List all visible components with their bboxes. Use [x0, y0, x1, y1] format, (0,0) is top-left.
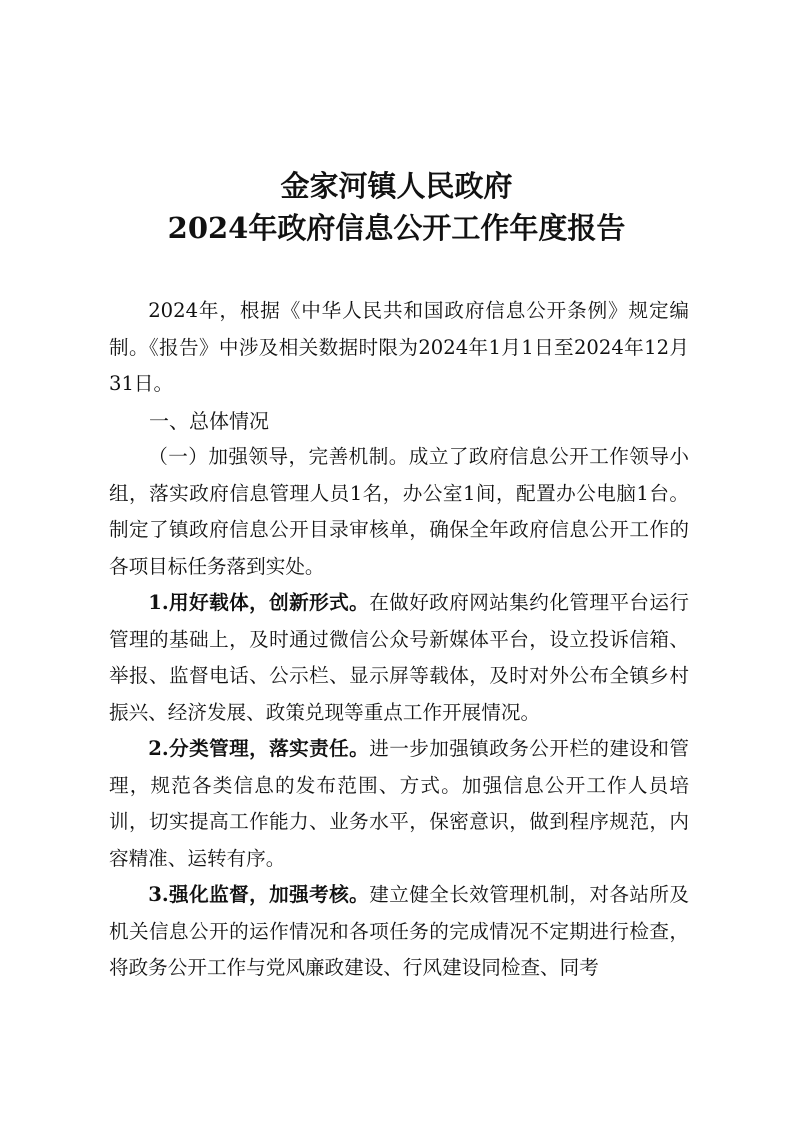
paragraph-lead: （一）加强领导，完善机制。 — [148, 445, 409, 468]
intro-paragraph: 2024年，根据《中华人民共和国政府信息公开条例》规定编制。《报告》中涉及相关数… — [109, 293, 689, 403]
paragraph-item-3: 3.强化监督，加强考核。建立健全长效管理机制，对各站所及机关信息公开的运作情况和… — [109, 877, 689, 987]
document-title-line1: 金家河镇人民政府 — [0, 168, 793, 204]
paragraph-lead: 2.分类管理，落实责任。 — [148, 737, 369, 760]
paragraph-lead: 3.强化监督，加强考核。 — [148, 883, 369, 906]
section-heading-overall: 一、总体情况 — [109, 403, 689, 440]
document-title-line2: 2024年政府信息公开工作年度报告 — [0, 210, 793, 246]
paragraph-item-2: 2.分类管理，落实责任。进一步加强镇政务公开栏的建设和管理，规范各类信息的发布范… — [109, 731, 689, 877]
paragraph-leadership: （一）加强领导，完善机制。成立了政府信息公开工作领导小组，落实政府信息管理人员1… — [109, 439, 689, 585]
paragraph-item-1: 1.用好载体，创新形式。在做好政府网站集约化管理平台运行管理的基础上，及时通过微… — [109, 585, 689, 731]
paragraph-lead: 1.用好载体，创新形式。 — [148, 591, 369, 614]
document-body: 2024年，根据《中华人民共和国政府信息公开条例》规定编制。《报告》中涉及相关数… — [109, 293, 689, 987]
